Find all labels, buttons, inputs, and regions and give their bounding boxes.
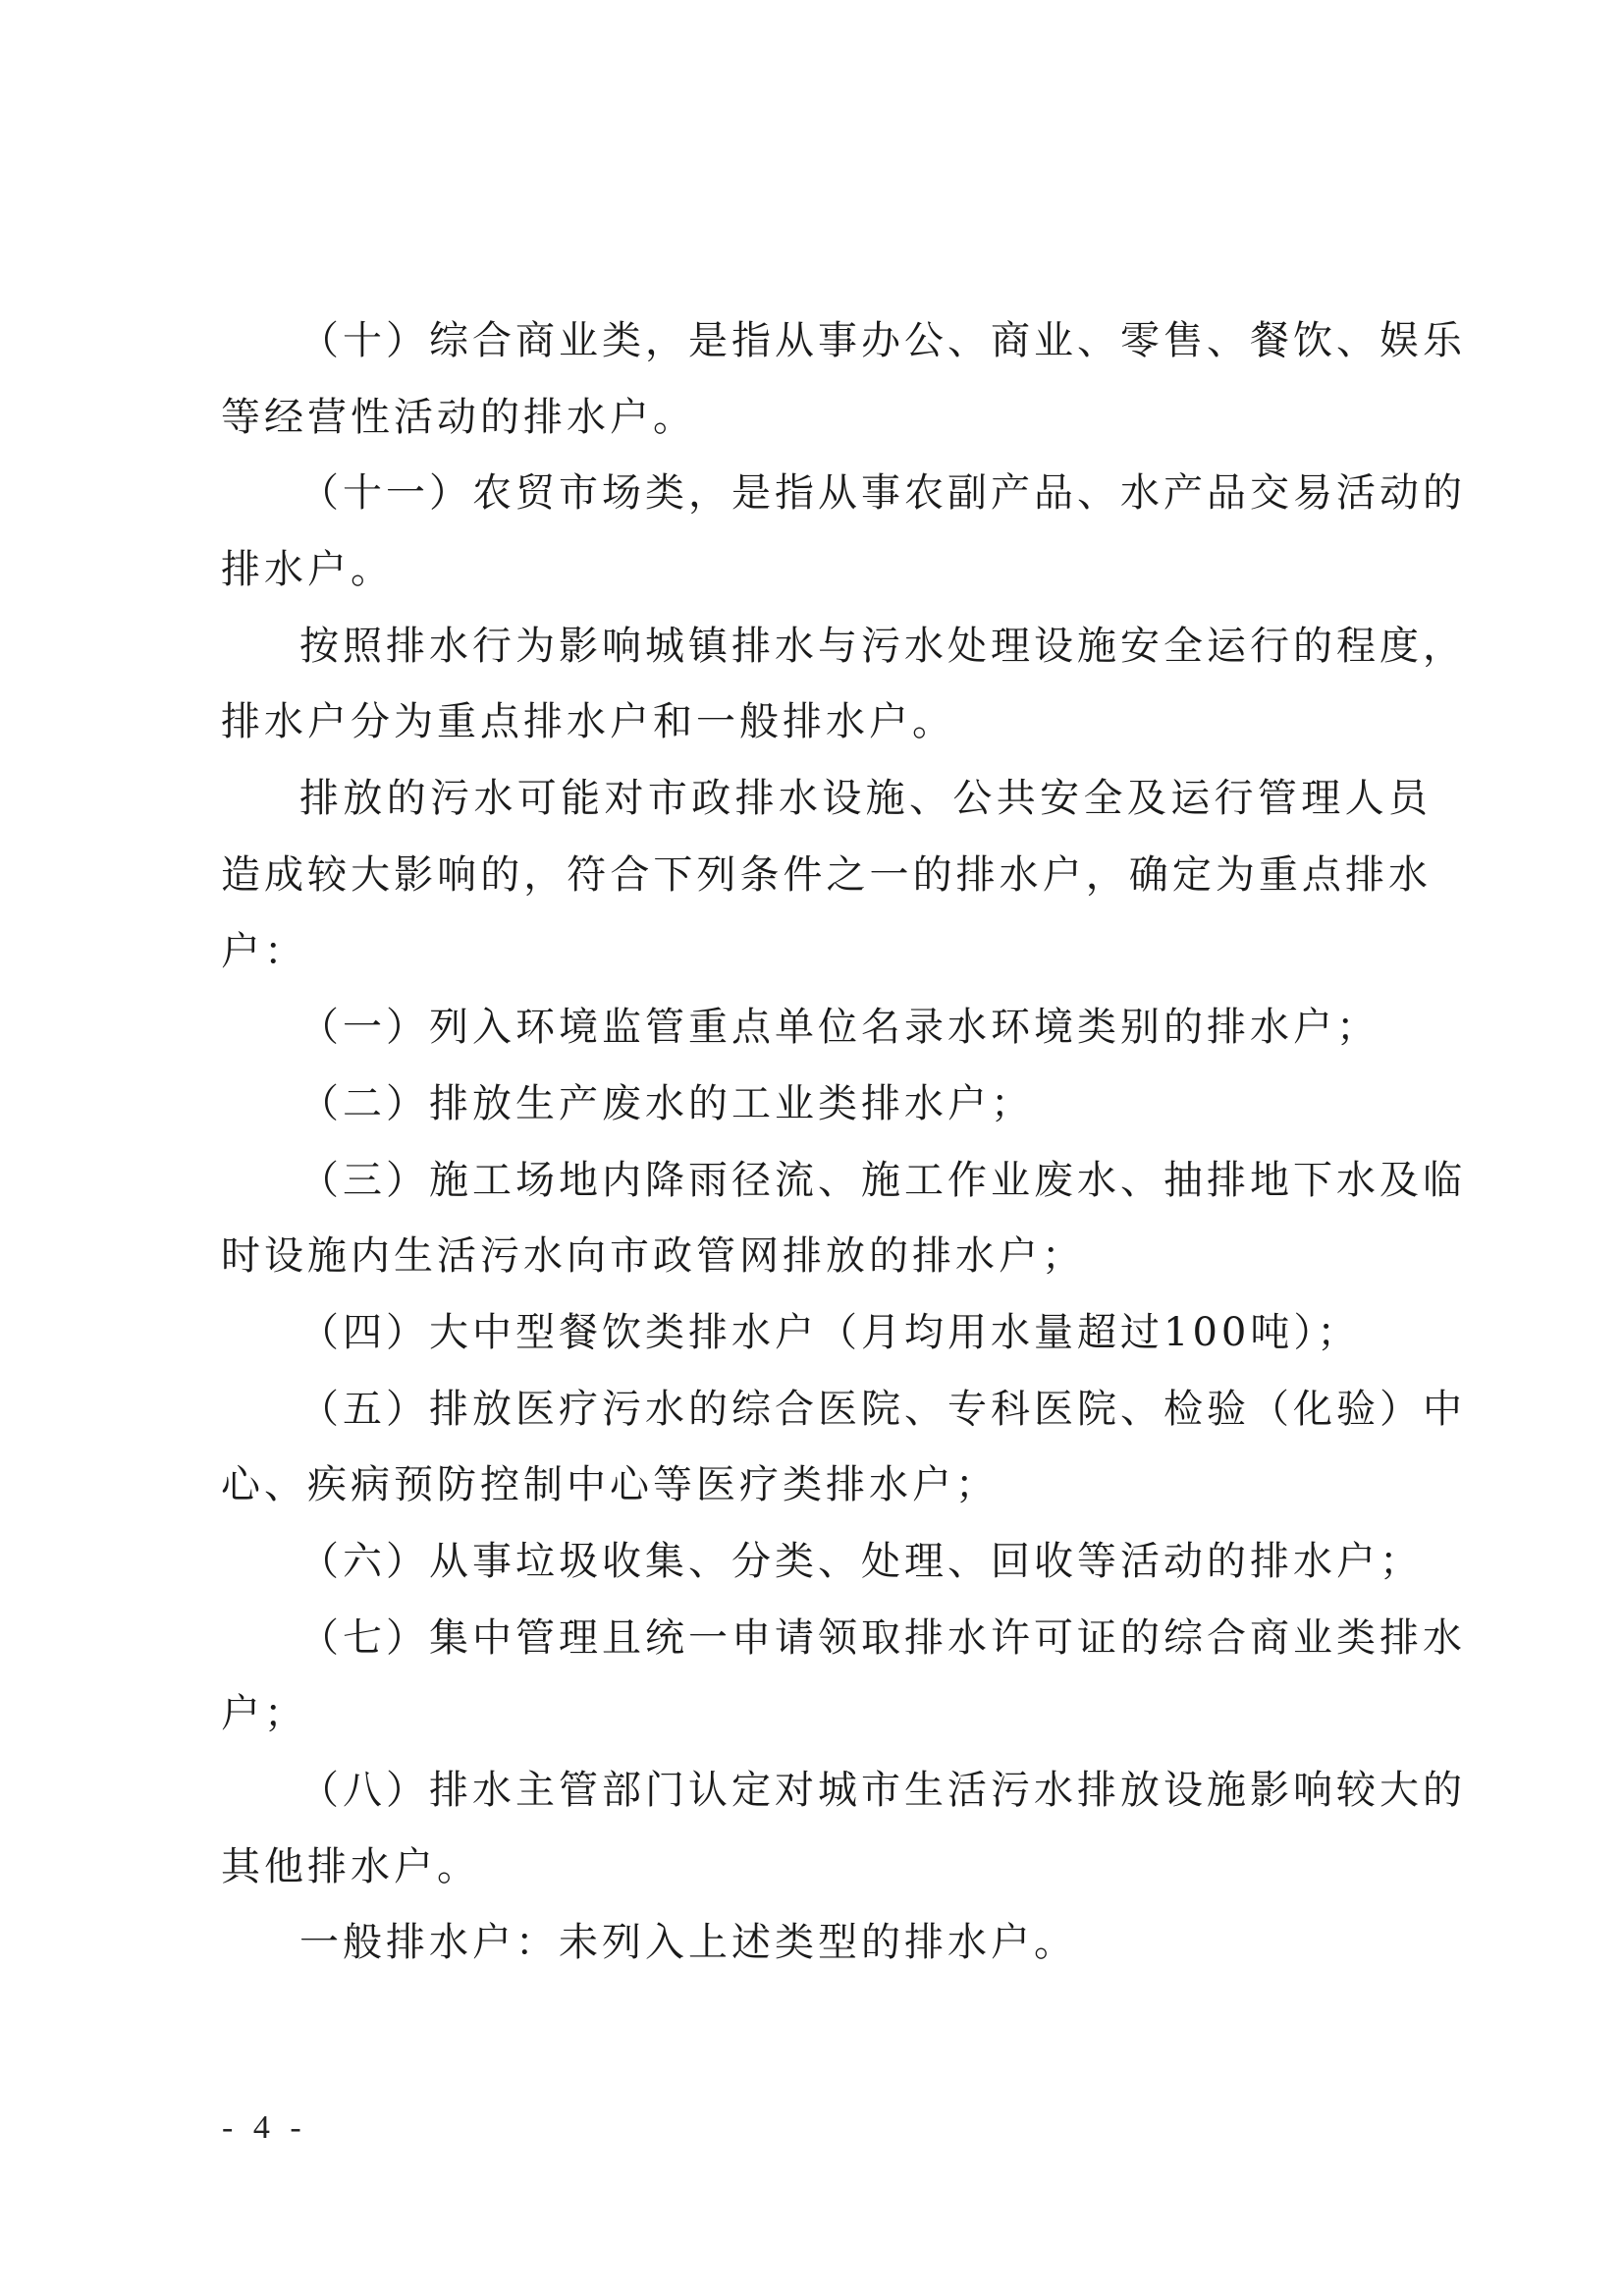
- document-page: （十）综合商业类，是指从事办公、商业、零售、餐饮、娱乐 等经营性活动的排水户。 …: [0, 0, 1623, 2296]
- list-item-4: （四）大中型餐饮类排水户（月均用水量超过100吨）；: [221, 1304, 1438, 1381]
- text-line: 户；: [221, 1685, 1438, 1762]
- text-line: （十一）农贸市场类，是指从事农副产品、水产品交易活动的: [221, 465, 1432, 541]
- text-line: 等经营性活动的排水户。: [221, 389, 1438, 465]
- text-line: 排水户。: [221, 541, 1438, 618]
- text-line: 其他排水户。: [221, 1838, 1438, 1915]
- page-number: - 4 -: [222, 2109, 307, 2147]
- list-item-2: （二）排放生产废水的工业类排水户；: [221, 1075, 1438, 1152]
- document-body: （十）综合商业类，是指从事办公、商业、零售、餐饮、娱乐 等经营性活动的排水户。 …: [221, 312, 1438, 1991]
- text-line: （十）综合商业类，是指从事办公、商业、零售、餐饮、娱乐: [221, 312, 1432, 389]
- text-line: 造成较大影响的，符合下列条件之一的排水户，确定为重点排水: [221, 847, 1432, 923]
- list-item-5: （五）排放医疗污水的综合医院、专科医院、检验（化验）中: [221, 1381, 1432, 1457]
- text-line: 时设施内生活污水向市政管网排放的排水户；: [221, 1228, 1438, 1304]
- text-line: 按照排水行为影响城镇排水与污水处理设施安全运行的程度，: [221, 618, 1432, 694]
- text-line: 心、疾病预防控制中心等医疗类排水户；: [221, 1456, 1438, 1533]
- text-line: 排放的污水可能对市政排水设施、公共安全及运行管理人员: [221, 770, 1432, 847]
- list-item-3: （三）施工场地内降雨径流、施工作业废水、抽排地下水及临: [221, 1152, 1432, 1229]
- list-item-8: （八）排水主管部门认定对城市生活污水排放设施影响较大的: [221, 1762, 1432, 1838]
- text-line: 户：: [221, 923, 1438, 1000]
- list-item-7: （七）集中管理且统一申请领取排水许可证的综合商业类排水: [221, 1610, 1432, 1686]
- list-item-6: （六）从事垃圾收集、分类、处理、回收等活动的排水户；: [221, 1533, 1438, 1610]
- text-line: 一般排水户：未列入上述类型的排水户。: [221, 1914, 1438, 1991]
- list-item-1: （一）列入环境监管重点单位名录水环境类别的排水户；: [221, 999, 1438, 1075]
- text-line: 排水户分为重点排水户和一般排水户。: [221, 693, 1438, 770]
